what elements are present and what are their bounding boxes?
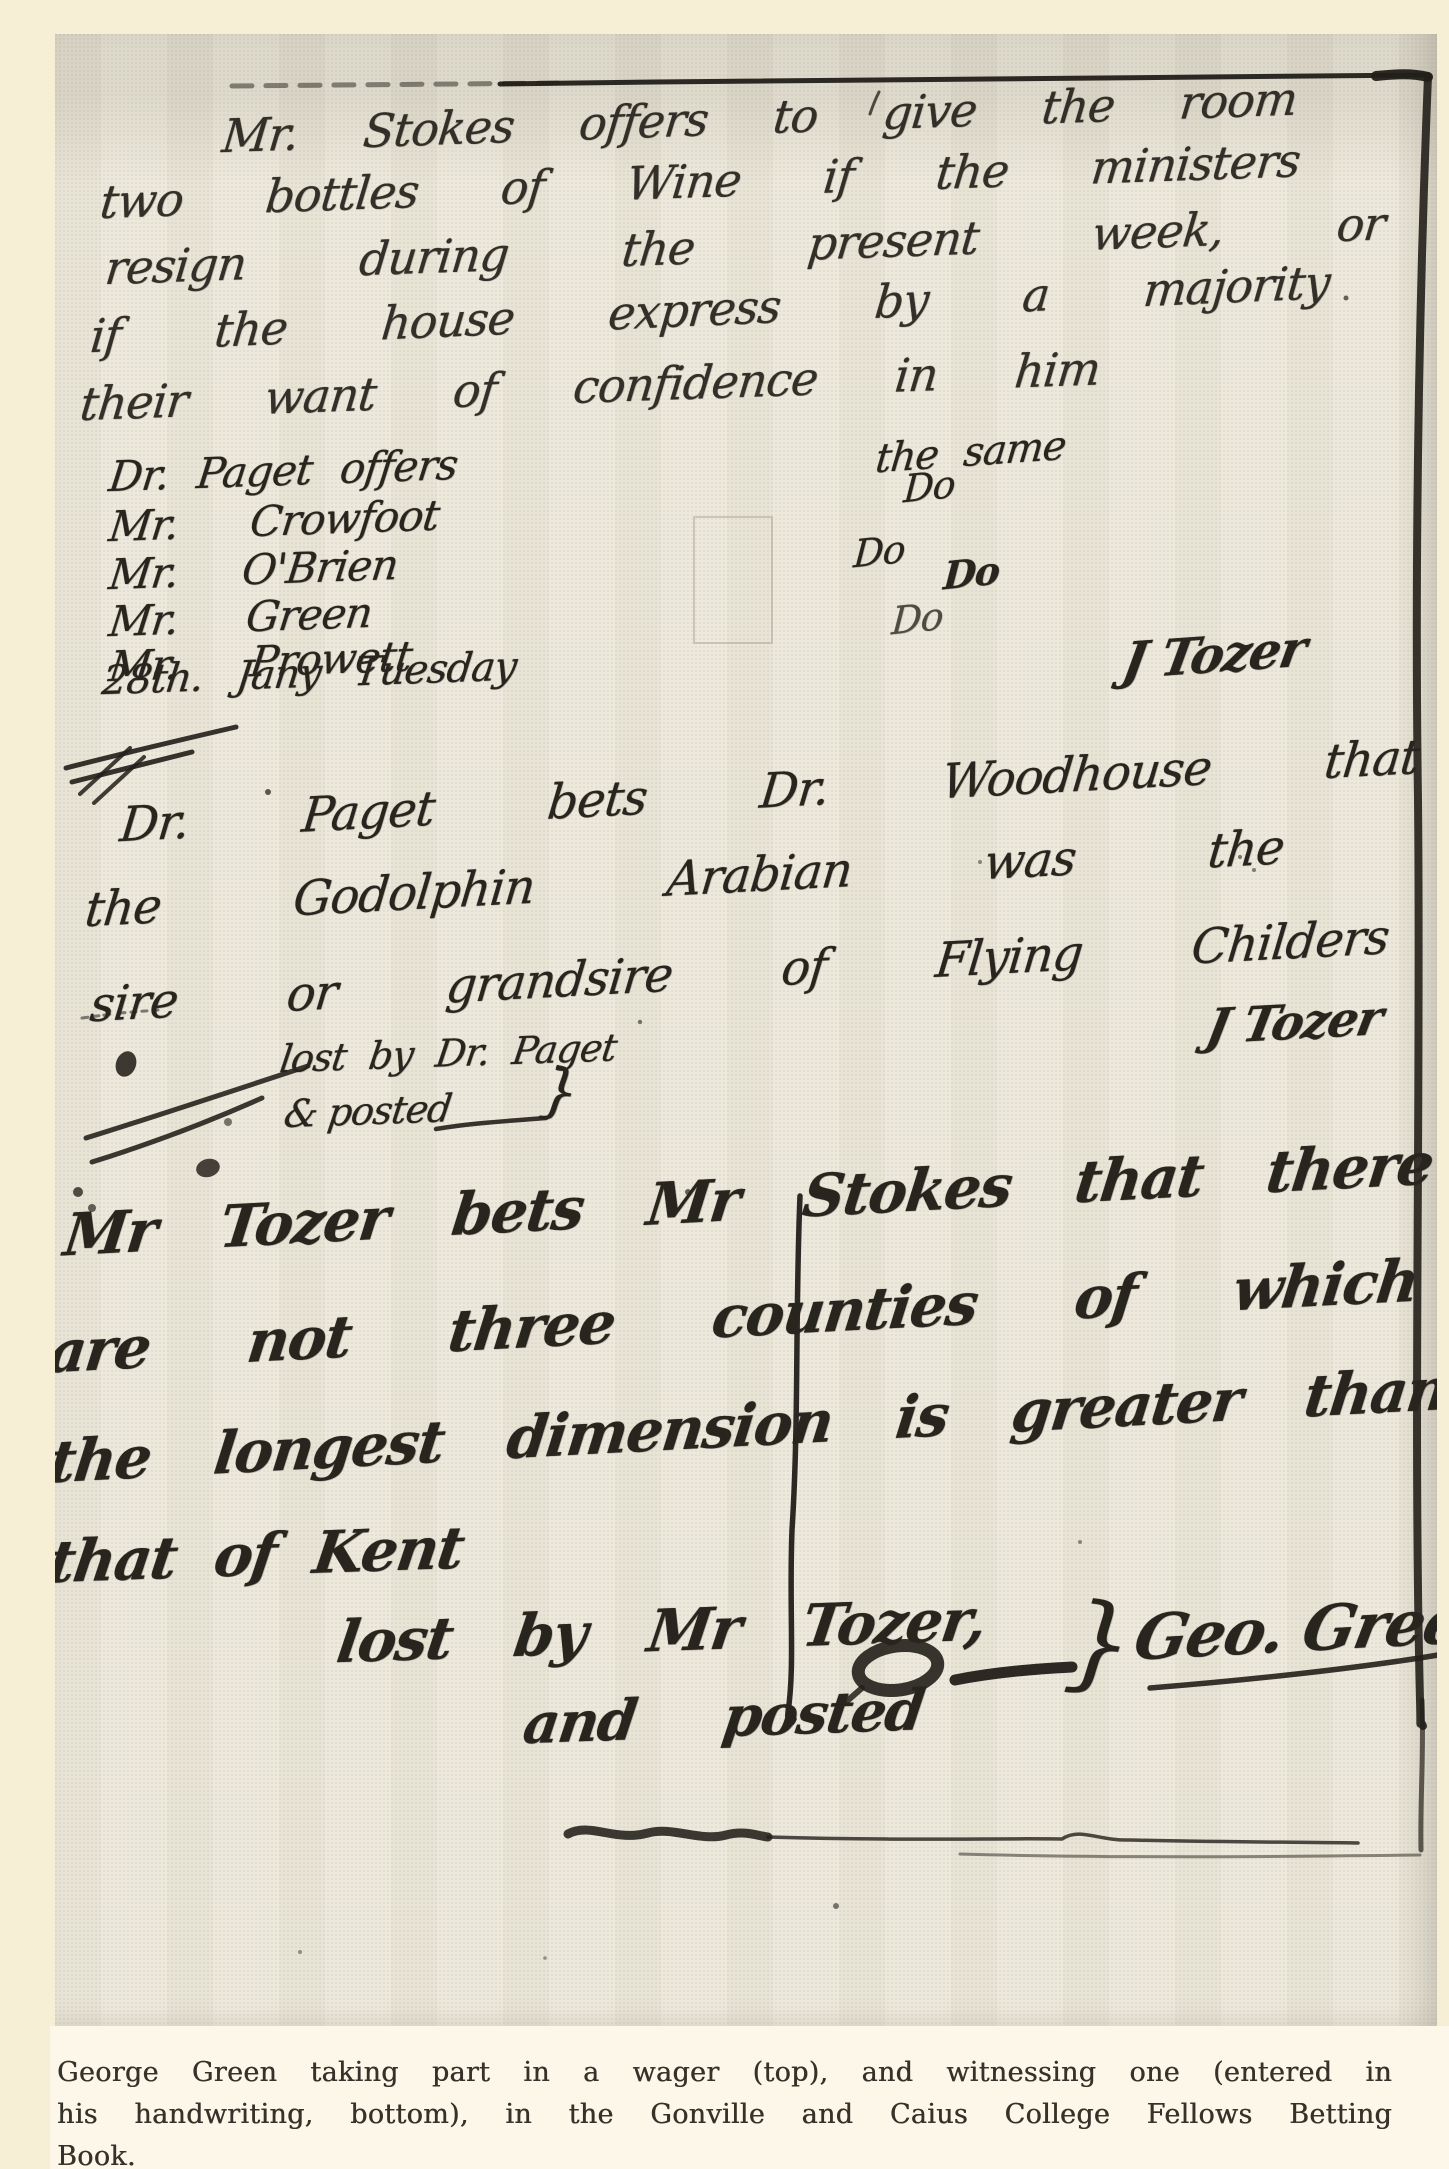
caption-line-2: his handwriting, bottom), in the Gonvill… [57,2099,1392,2130]
ditto-mark-4: Do [890,597,944,643]
wager3-line-1: Mr Tozer bets Mr Stokes that there [60,1133,1436,1266]
signature-tozer-entry2: J Tozer [1202,993,1386,1053]
ditto-mark-1: Do [902,465,956,511]
wager2-brace: } [536,1058,582,1126]
wager3-result-lost-by: lost by Mr Tozer, [333,1589,989,1673]
bottom-smudge-line [568,1830,1420,1857]
entry2-margin-blots [73,1048,232,1212]
wager1-line-5: their want of confidence in him [78,344,1102,428]
ditto-mark-2: Do [852,530,906,576]
wager2-result-posted: & posted [281,1089,453,1135]
signature-tozer-entry1: J Tozer [1119,622,1310,688]
response-the-same: the same [874,425,1068,481]
entry2-result-dash [436,1118,546,1129]
wager3-line-2: are not three counties of which [55,1250,1421,1383]
caption-strip [50,2026,1449,2169]
entry2-margin-slash-marks [86,1066,308,1162]
wager3-line-4: that of Kent [55,1518,467,1594]
entry2-diagonal-pen-marks [80,748,144,803]
signature-green: Geo. Green [1129,1586,1437,1671]
date-cancellation-underline [66,727,236,782]
caption-line-3: Book. [57,2141,136,2169]
book-page: { "colors": { "page_background": "#f7efd… [0,0,1449,2169]
wager2-line-3: sire or grandsire of Flying Childers [88,912,1392,1031]
ditto-mark-3: Do [942,550,1000,596]
betting-book-photograph: Mr. Stokes offers to give the room two b… [55,34,1437,2026]
posted-dash [955,1667,1072,1680]
photograph-inner-layer: Mr. Stokes offers to give the room two b… [55,34,1437,2026]
wager3-brace: } [1061,1585,1137,1700]
faint-rectangle-artifact [694,517,772,643]
wager3-line-3: the longest dimension is greater than [55,1359,1437,1494]
caption-line-1: George Green taking part in a wager (top… [57,2057,1392,2088]
wager3-result-posted: and posted [520,1681,927,1754]
